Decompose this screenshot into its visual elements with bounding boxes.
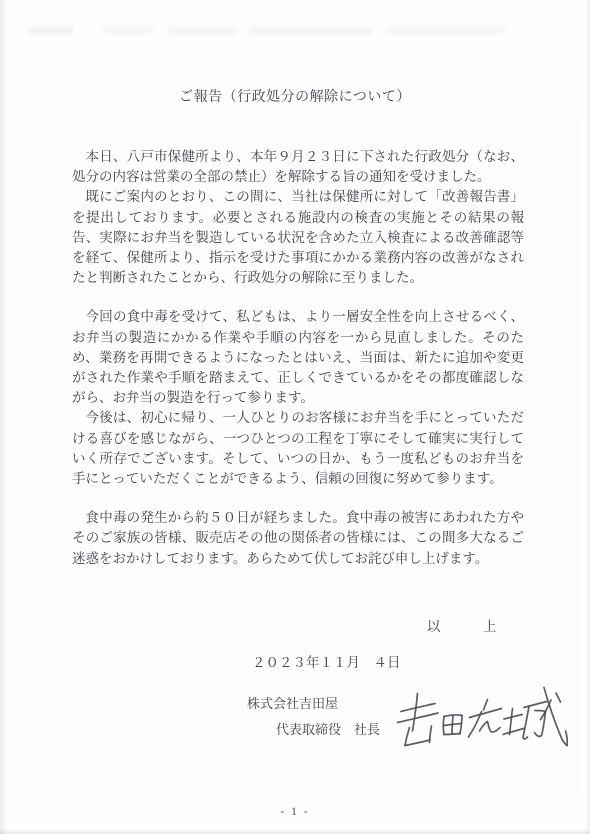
paragraph-apology: 食中毒の発生から約５０日が経ちました。食中毒の被害にあわれた方やそのご家族の皆様… [72, 508, 524, 569]
scan-bleedthrough-artifact [30, 27, 505, 34]
letter-body: 本日、八戸市保健所より、本年９月２３日に下された行政処分（なお、処分の内容は営業… [72, 147, 524, 569]
company-name: 株式会社吉田屋 [247, 693, 338, 712]
page-number: - 1 - [0, 806, 590, 818]
paragraph-notification: 本日、八戸市保健所より、本年９月２３日に下された行政処分（なお、処分の内容は営業… [72, 147, 524, 187]
closing-ijou: 以 上 [427, 615, 497, 635]
paragraph-commitment: 今後は、初心に帰り、一人ひとりのお客様にお弁当を手にとっていただける喜びを感じな… [72, 408, 524, 489]
date-line: ２０２３年１１月 ４日 [252, 651, 401, 671]
signer-title: 代表取締役 社長 [276, 719, 380, 738]
scan-edge-right [584, 0, 590, 834]
scanned-letter-page: ご報告（行政処分の解除について） 本日、八戸市保健所より、本年９月２３日に下され… [0, 0, 590, 834]
paragraph-safety-review: 今回の食中毒を受けて、私どもは、より一層安全性を向上させるべく、お弁当の製造にか… [72, 307, 524, 408]
letter-title: ご報告（行政処分の解除について） [0, 86, 590, 106]
scan-edge-left [0, 0, 7, 834]
handwritten-signature [378, 680, 578, 780]
scan-edge-bottom [0, 829, 590, 834]
scan-line-right [577, 120, 578, 794]
paragraph-improvement-report: 既にご案内のとおり、この間に、当社は保健所に対して「改善報告書」を提出しておりま… [72, 187, 524, 288]
